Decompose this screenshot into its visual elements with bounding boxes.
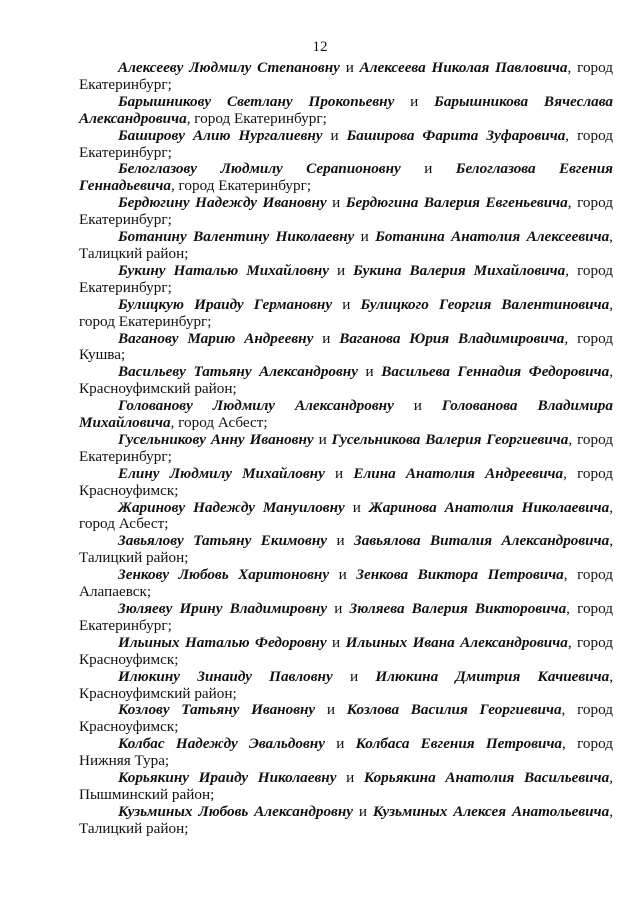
wife-name: Барышникову Светлану Прокопьевну <box>118 93 394 110</box>
husband-name: Бердюгина Валерия Евгеньевича <box>346 194 568 211</box>
conjunction: и <box>340 59 360 76</box>
husband-name: Зенкова Виктора Петровича <box>356 566 564 583</box>
list-item: Баширову Алию Нургалиевну и Баширова Фар… <box>79 128 613 162</box>
husband-name: Колбаса Евгения Петровича <box>356 735 562 752</box>
husband-name: Ильиных Ивана Александровича <box>346 634 568 651</box>
conjunction: и <box>345 499 369 516</box>
husband-name: Илюкина Дмитрия Качиевича <box>375 668 609 685</box>
location: , город Екатеринбург; <box>187 110 327 127</box>
list-item: Ваганову Марию Андреевну и Ваганова Юрия… <box>79 331 613 365</box>
page-number: 12 <box>0 38 640 56</box>
conjunction: и <box>394 93 434 110</box>
conjunction: и <box>354 228 375 245</box>
wife-name: Гусельникову Анну Ивановну <box>118 431 314 448</box>
husband-name: Букина Валерия Михайловича <box>353 262 565 279</box>
list-item: Кузьминых Любовь Александровну и Кузьмин… <box>79 804 613 838</box>
wife-name: Илюкину Зинаиду Павловну <box>118 668 333 685</box>
conjunction: и <box>314 431 332 448</box>
conjunction: и <box>327 600 349 617</box>
wife-name: Голованову Людмилу Александровну <box>118 397 394 414</box>
conjunction: и <box>401 160 456 177</box>
husband-name: Зюляева Валерия Викторовича <box>349 600 566 617</box>
conjunction: и <box>353 803 373 820</box>
conjunction: и <box>394 397 442 414</box>
wife-name: Кузьминых Любовь Александровну <box>118 803 353 820</box>
husband-name: Алексеева Николая Павловича <box>360 59 568 76</box>
wife-name: Булицкую Ираиду Германовну <box>118 296 332 313</box>
list-item: Елину Людмилу Михайловну и Елина Анатоли… <box>79 466 613 500</box>
conjunction: и <box>329 566 356 583</box>
conjunction: и <box>333 668 376 685</box>
list-item: Голованову Людмилу Александровну и Голов… <box>79 398 613 432</box>
wife-name: Елину Людмилу Михайловну <box>118 465 325 482</box>
wife-name: Белоглазову Людмилу Серапионовну <box>118 160 401 177</box>
conjunction: и <box>313 330 339 347</box>
list-item: Жаринову Надежду Мануиловну и Жаринова А… <box>79 500 613 534</box>
conjunction: и <box>329 262 353 279</box>
list-item: Козлову Татьяну Ивановну и Козлова Васил… <box>79 702 613 736</box>
husband-name: Жаринова Анатолия Николаевича <box>369 499 609 516</box>
husband-name: Васильева Геннадия Федоровича <box>381 363 609 380</box>
list-item: Завьялову Татьяну Екимовну и Завьялова В… <box>79 533 613 567</box>
list-item: Булицкую Ираиду Германовну и Булицкого Г… <box>79 297 613 331</box>
conjunction: и <box>327 194 346 211</box>
wife-name: Колбас Надежду Эвальдовну <box>118 735 325 752</box>
conjunction: и <box>327 532 354 549</box>
husband-name: Елина Анатолия Андреевича <box>353 465 563 482</box>
list-item: Гусельникову Анну Ивановну и Гусельников… <box>79 432 613 466</box>
conjunction: и <box>325 465 353 482</box>
wife-name: Бердюгину Надежду Ивановну <box>118 194 327 211</box>
wife-name: Ваганову Марию Андреевну <box>118 330 313 347</box>
wife-name: Ильиных Наталью Федоровну <box>118 634 327 651</box>
list-item: Васильеву Татьяну Александровну и Василь… <box>79 364 613 398</box>
husband-name: Ваганова Юрия Владимировича <box>339 330 564 347</box>
list-item: Белоглазову Людмилу Серапионовну и Белог… <box>79 161 613 195</box>
conjunction: и <box>358 363 381 380</box>
wife-name: Баширову Алию Нургалиевну <box>118 127 323 144</box>
wife-name: Корьякину Ираиду Николаевну <box>118 769 336 786</box>
husband-name: Булицкого Георгия Валентиновича <box>360 296 609 313</box>
list-item: Ботанину Валентину Николаевну и Ботанина… <box>79 229 613 263</box>
wife-name: Букину Наталью Михайловну <box>118 262 329 279</box>
husband-name: Кузьминых Алексея Анатольевича <box>373 803 609 820</box>
wife-name: Жаринову Надежду Мануиловну <box>118 499 345 516</box>
conjunction: и <box>325 735 356 752</box>
conjunction: и <box>332 296 360 313</box>
wife-name: Козлову Татьяну Ивановну <box>118 701 315 718</box>
husband-name: Гусельникова Валерия Георгиевича <box>332 431 569 448</box>
conjunction: и <box>315 701 347 718</box>
location: , город Екатеринбург; <box>171 177 311 194</box>
award-recipients-list: Алексееву Людмилу Степановну и Алексеева… <box>79 60 613 838</box>
list-item: Зюляеву Ирину Владимировну и Зюляева Вал… <box>79 601 613 635</box>
wife-name: Ботанину Валентину Николаевну <box>118 228 354 245</box>
list-item: Корьякину Ираиду Николаевну и Корьякина … <box>79 770 613 804</box>
wife-name: Зюляеву Ирину Владимировну <box>118 600 327 617</box>
conjunction: и <box>336 769 363 786</box>
conjunction: и <box>323 127 347 144</box>
conjunction: и <box>327 634 346 651</box>
wife-name: Завьялову Татьяну Екимовну <box>118 532 327 549</box>
husband-name: Ботанина Анатолия Алексеевича <box>375 228 609 245</box>
list-item: Зенкову Любовь Харитоновну и Зенкова Вик… <box>79 567 613 601</box>
wife-name: Зенкову Любовь Харитоновну <box>118 566 329 583</box>
list-item: Букину Наталью Михайловну и Букина Валер… <box>79 263 613 297</box>
husband-name: Корьякина Анатолия Васильевича <box>364 769 609 786</box>
list-item: Колбас Надежду Эвальдовну и Колбаса Евге… <box>79 736 613 770</box>
husband-name: Завьялова Виталия Александровича <box>354 532 609 549</box>
wife-name: Васильеву Татьяну Александровну <box>118 363 358 380</box>
husband-name: Козлова Василия Георгиевича <box>347 701 562 718</box>
husband-name: Баширова Фарита Зуфаровича <box>347 127 566 144</box>
list-item: Бердюгину Надежду Ивановну и Бердюгина В… <box>79 195 613 229</box>
list-item: Илюкину Зинаиду Павловну и Илюкина Дмитр… <box>79 669 613 703</box>
wife-name: Алексееву Людмилу Степановну <box>118 59 340 76</box>
location: , город Асбест; <box>171 414 268 431</box>
list-item: Алексееву Людмилу Степановну и Алексеева… <box>79 60 613 94</box>
list-item: Ильиных Наталью Федоровну и Ильиных Иван… <box>79 635 613 669</box>
list-item: Барышникову Светлану Прокопьевну и Барыш… <box>79 94 613 128</box>
